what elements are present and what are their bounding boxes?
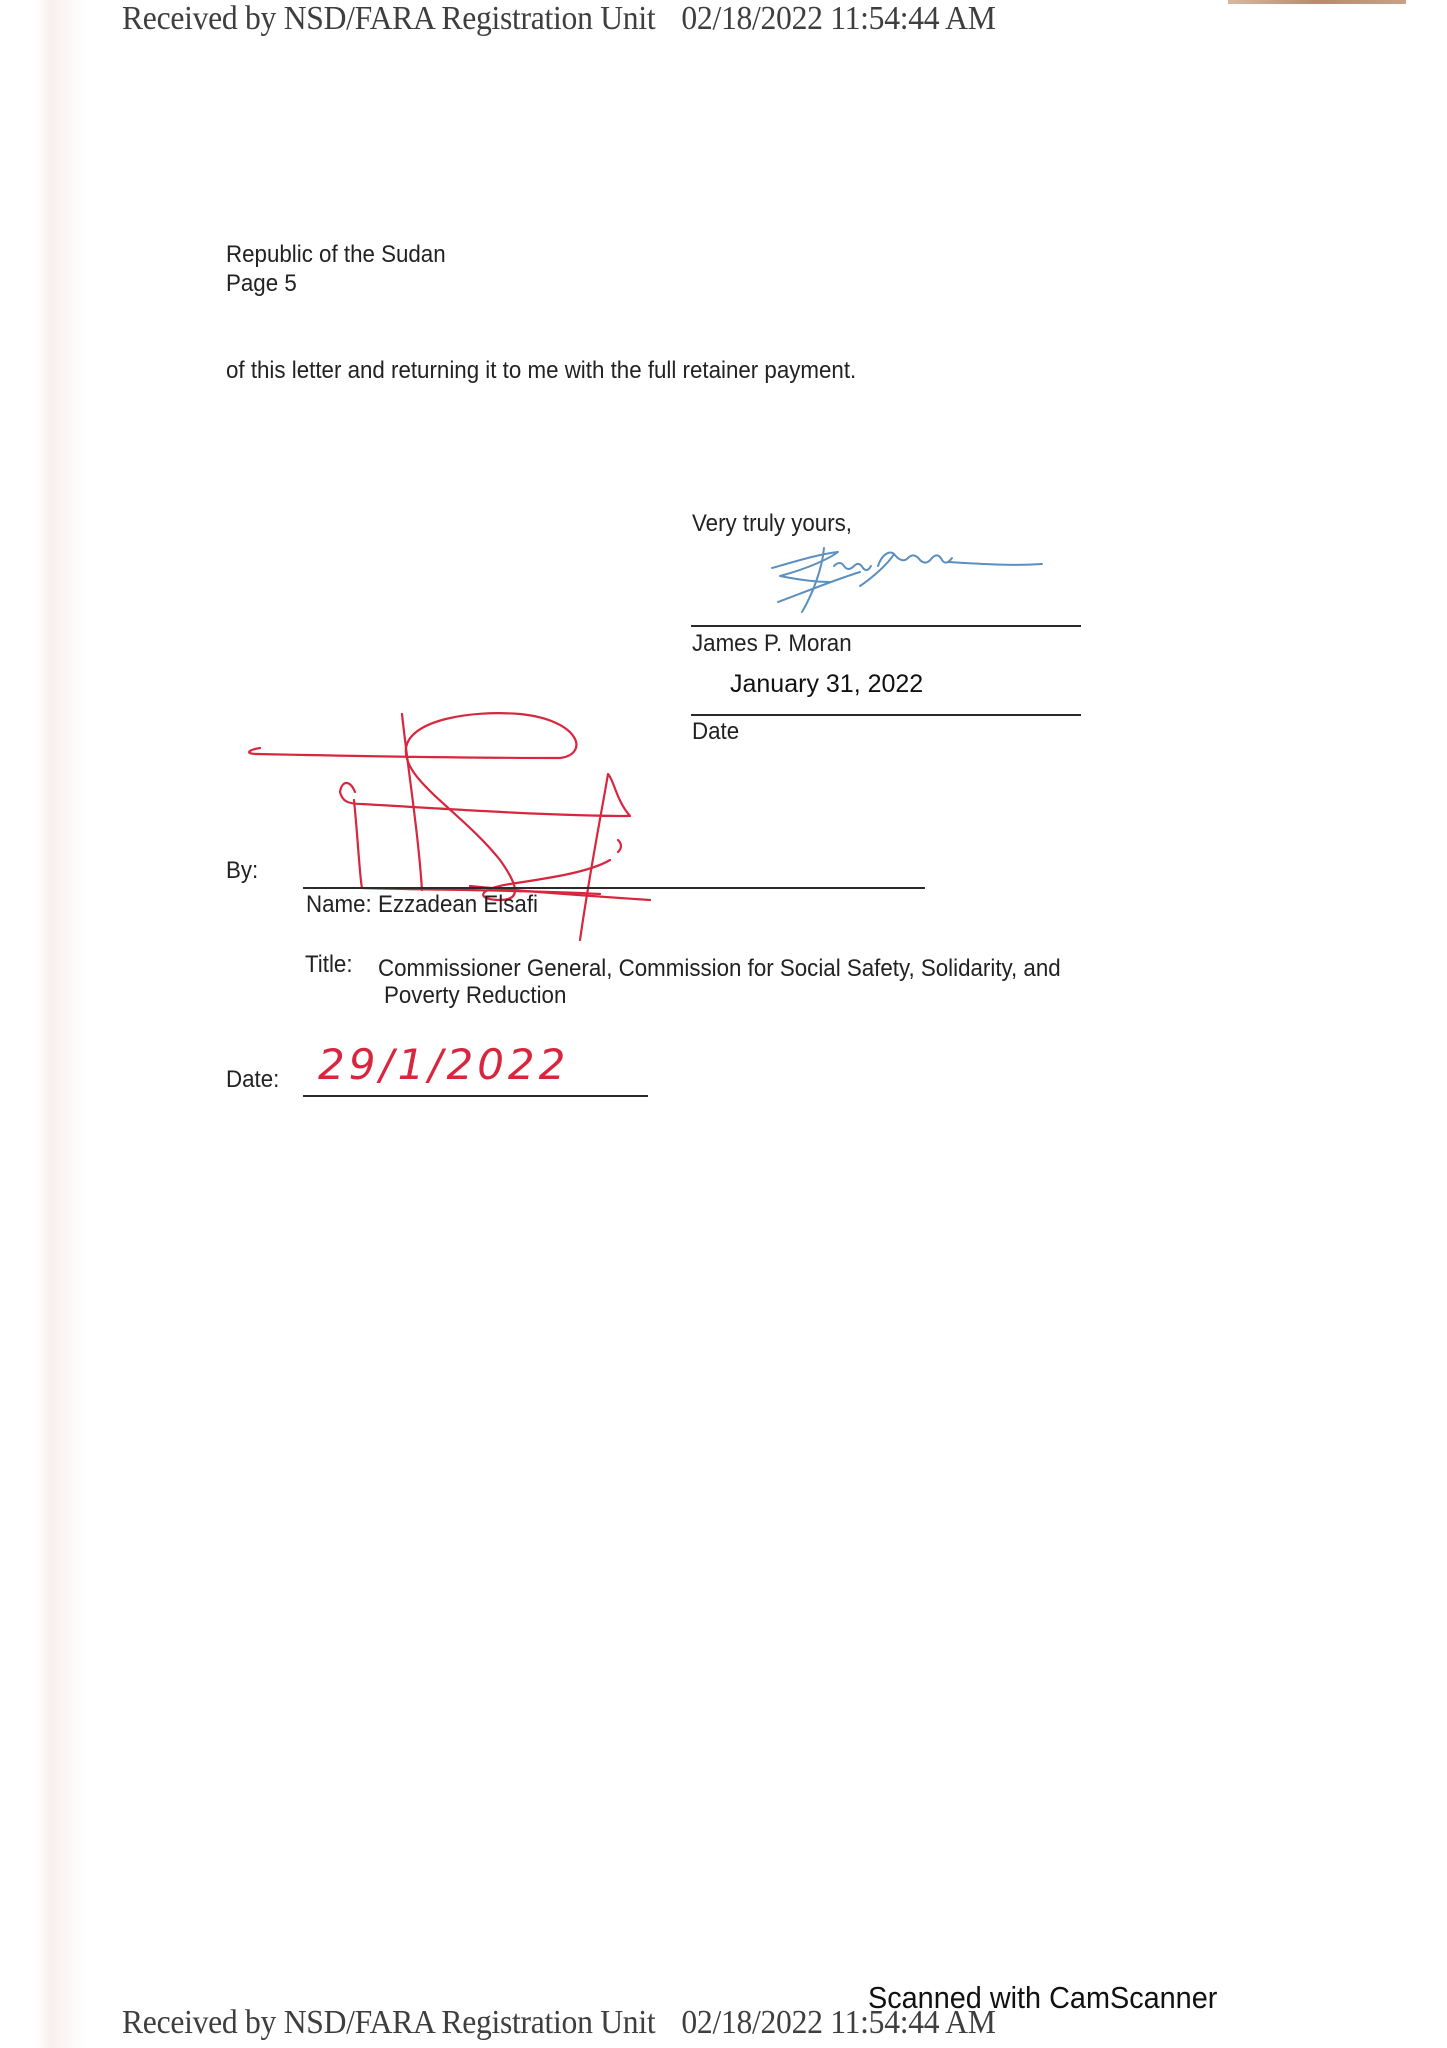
- client-name: Name: Ezzadean Elsafi: [306, 891, 538, 919]
- by-label: By:: [226, 857, 258, 885]
- stamp-label: Received by NSD/FARA Registration Unit: [122, 0, 655, 37]
- client-date-handwritten: 29/1/2022: [318, 1040, 569, 1089]
- sender-date-line: [691, 714, 1081, 716]
- sender-date-value: January 31, 2022: [730, 670, 923, 699]
- closing-salutation: Very truly yours,: [692, 510, 852, 538]
- scan-shadow-top: [1228, 0, 1406, 4]
- recipient-heading: Republic of the Sudan: [226, 241, 446, 269]
- page-number: Page 5: [226, 270, 297, 298]
- sender-name: James P. Moran: [692, 630, 852, 658]
- stamp-label: Received by NSD/FARA Registration Unit: [122, 2004, 655, 2041]
- client-date-line: [303, 1095, 648, 1097]
- client-title-line-1: Commissioner General, Commission for Soc…: [378, 955, 1061, 983]
- sender-signature-line: [691, 625, 1081, 627]
- scan-shadow-left: [36, 0, 86, 2048]
- stamp-timestamp: 02/18/2022 11:54:44 AM: [681, 2004, 995, 2041]
- client-date-label: Date:: [226, 1066, 279, 1094]
- client-title-line-2: Poverty Reduction: [384, 982, 566, 1010]
- title-label: Title:: [305, 951, 353, 979]
- sender-signature-icon: [760, 540, 1050, 620]
- stamp-timestamp: 02/18/2022 11:54:44 AM: [681, 0, 995, 37]
- fara-received-stamp-bottom: Received by NSD/FARA Registration Unit02…: [122, 2004, 996, 2042]
- letter-body-text: of this letter and returning it to me wi…: [226, 357, 856, 385]
- fara-received-stamp-top: Received by NSD/FARA Registration Unit02…: [122, 0, 996, 38]
- client-signature-line: [303, 887, 925, 889]
